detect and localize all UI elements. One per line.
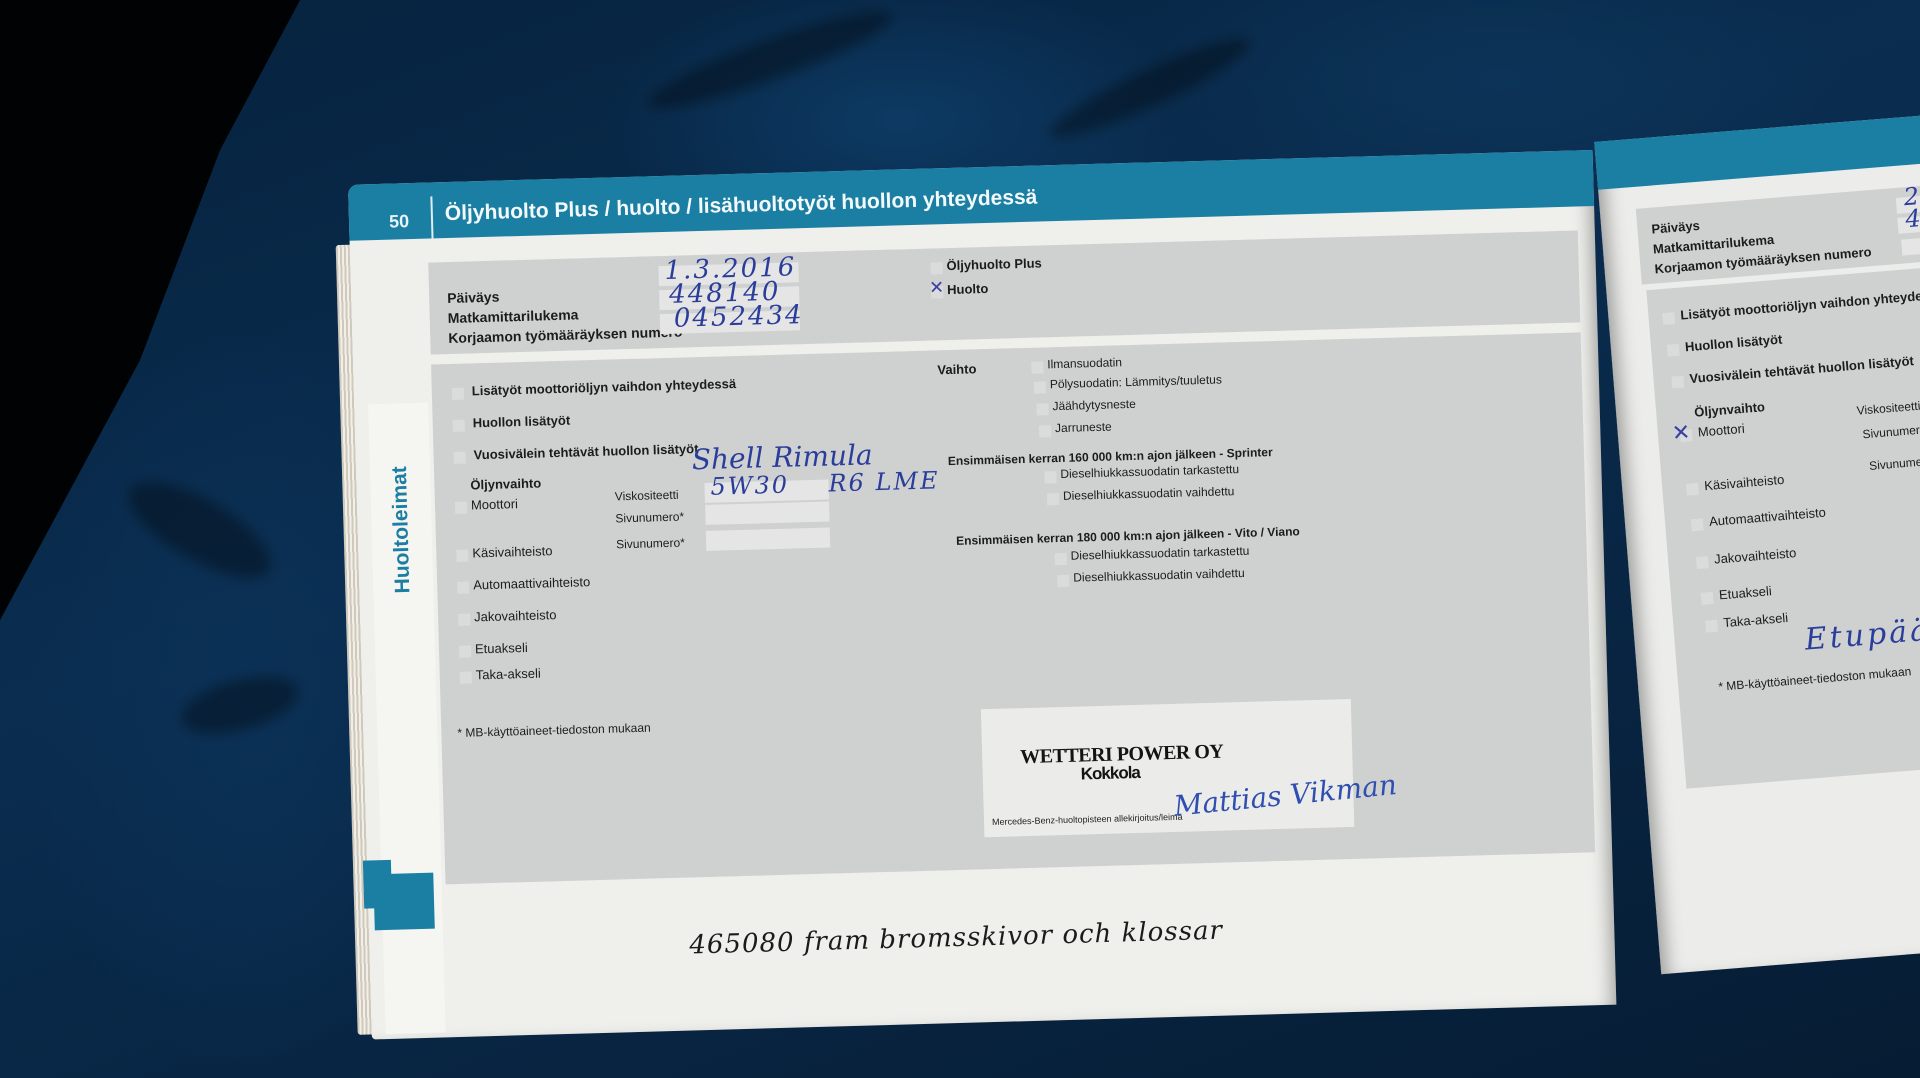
page-number-label: Sivunumero* — [1862, 422, 1920, 441]
checkbox-kasivaihteisto[interactable] — [456, 550, 468, 562]
oil-item-kasivaihteisto: Käsivaihteisto — [1704, 472, 1785, 493]
checkbox-extra-work-annual[interactable] — [1671, 376, 1684, 389]
viscosity-label: Viskositeetti — [1856, 399, 1920, 418]
oil-item-etuakseli: Etuakseli — [475, 640, 528, 656]
right-page: Päiväys Matkamittarilukema Korjaamon työ… — [1594, 110, 1920, 974]
checkbox-etuakseli[interactable] — [459, 646, 471, 658]
service-items-panel: Lisätyöt moottoriöljyn vaihdon yhteydess… — [1646, 260, 1920, 789]
odometer-value: 481 — [1904, 201, 1920, 233]
extra-work-service-label: Huollon lisätyöt — [472, 413, 570, 431]
checkbox-polysuodatin[interactable] — [1034, 381, 1046, 393]
checkbox-etuakseli[interactable] — [1701, 592, 1714, 605]
header-fields-panel: Päiväys Matkamittarilukema Korjaamon työ… — [428, 230, 1580, 354]
oil-item-automaattivaihteisto: Automaattivaihteisto — [1708, 505, 1826, 529]
stamp-caption: Mercedes-Benz-huoltopisteen allekirjoitu… — [992, 812, 1183, 827]
work-order-label: Korjaamon työmääräyksen numero — [448, 323, 683, 346]
service-items-panel: Lisätyöt moottoriöljyn vaihdon yhteydess… — [431, 332, 1595, 884]
tab-marker — [373, 873, 435, 931]
sprinter-dpf-checked: Dieselhiukkassuodatin tarkastettu — [1060, 462, 1239, 481]
checkbox-vito-dpf-checked[interactable] — [1055, 553, 1067, 565]
oil-item-taka-akseli: Taka-akseli — [476, 666, 541, 683]
checkbox-extra-work-annual[interactable] — [453, 452, 465, 464]
extra-work-annual-label: Vuosivälein tehtävät huollon lisätyöt — [473, 441, 698, 462]
stamp-box: WETTERI POWER OY Kokkola Mercedes-Benz-h… — [981, 699, 1354, 837]
oil-item-jakovaihteisto: Jakovaihteisto — [474, 607, 557, 624]
checkbox-kasivaihteisto[interactable] — [1686, 483, 1699, 496]
checkbox-extra-work-oil[interactable] — [1662, 312, 1675, 325]
oil-item-taka-akseli: Taka-akseli — [1723, 610, 1789, 630]
replacement-ilmansuodatin: Ilmansuodatin — [1047, 355, 1122, 371]
checkbox-vito-dpf-replaced[interactable] — [1057, 575, 1069, 587]
vito-dpf-checked: Dieselhiukkassuodatin tarkastettu — [1070, 544, 1249, 563]
viscosity-note: R6 LME — [828, 466, 940, 497]
signature: Mattias Vikman — [1172, 768, 1398, 823]
replacement-heading: Vaihto — [937, 361, 976, 377]
checkbox-taka-akseli[interactable] — [1705, 620, 1718, 633]
extra-work-service-label: Huollon lisätyöt — [1684, 332, 1782, 355]
oil-item-jakovaihteisto: Jakovaihteisto — [1714, 545, 1797, 567]
checkbox-automaattivaihteisto[interactable] — [1691, 518, 1704, 531]
page-number: 50 — [389, 211, 410, 233]
bottom-handwritten-note: 465080 fram bromsskivor och klossar — [689, 916, 1223, 961]
replacement-polysuodatin: Pölysuodatin: Lämmitys/tuuletus — [1050, 372, 1222, 391]
extra-work-oil-label: Lisätyöt moottoriöljyn vaihdon yhteydess… — [1680, 286, 1920, 322]
oil-change-heading: Öljynvaihto — [470, 476, 541, 493]
page-number-field-2[interactable] — [706, 527, 831, 550]
vito-dpf-replaced: Dieselhiukkassuodatin vaihdettu — [1073, 566, 1245, 585]
footnote: * MB-käyttöaineet-tiedoston mukaan — [1718, 664, 1912, 693]
replacement-jarruneste: Jarruneste — [1055, 420, 1112, 436]
page-number-field[interactable] — [705, 501, 830, 524]
checkbox-oljyhuolto-plus[interactable] — [930, 262, 942, 274]
checkbox-extra-work-service[interactable] — [1667, 344, 1680, 357]
oil-item-etuakseli: Etuakseli — [1718, 583, 1772, 602]
service-type-oljyhuolto-plus: Öljyhuolto Plus — [946, 255, 1042, 273]
oil-item-automaattivaihteisto: Automaattivaihteisto — [473, 574, 590, 592]
oil-change-heading: Öljynvaihto — [1694, 399, 1766, 420]
replacement-jaahdytysneste: Jäähdytysneste — [1052, 397, 1136, 413]
service-booklet: 50 Öljyhuolto Plus / huolto / lisähuolto… — [340, 140, 1920, 1044]
extra-work-annual-label: Vuosivälein tehtävät huollon lisätyöt — [1689, 353, 1914, 386]
footnote: * MB-käyttöaineet-tiedoston mukaan — [457, 721, 651, 740]
side-tab-label: Huoltoleimat — [388, 466, 416, 594]
date-label: Päiväys — [447, 289, 500, 306]
oil-item-kasivaihteisto: Käsivaihteisto — [472, 543, 553, 560]
checkbox-extra-work-oil[interactable] — [452, 388, 464, 400]
header-fields-panel: Päiväys Matkamittarilukema Korjaamon työ… — [1636, 178, 1920, 284]
page-number-label-2: Sivunumero* — [616, 536, 685, 552]
checkbox-jakovaihteisto[interactable] — [458, 614, 470, 626]
stamp-city: Kokkola — [1080, 763, 1140, 785]
odometer-label: Matkamittarilukema — [448, 306, 579, 326]
checkbox-taka-akseli[interactable] — [460, 672, 472, 684]
checkbox-sprinter-dpf-checked[interactable] — [1044, 471, 1056, 483]
left-page: 50 Öljyhuolto Plus / huolto / lisähuolto… — [348, 150, 1616, 1039]
oil-item-moottori: Moottori — [1697, 421, 1745, 440]
viscosity-label: Viskositeetti — [615, 488, 679, 504]
checkbox-automaattivaihteisto[interactable] — [457, 582, 469, 594]
checkbox-extra-work-service[interactable] — [453, 420, 465, 432]
page-number-label-2: Sivunumero* — [1869, 453, 1920, 472]
checkbox-ilmansuodatin[interactable] — [1031, 361, 1043, 373]
checkbox-jakovaihteisto[interactable] — [1696, 556, 1709, 569]
check-mark-icon: ✕ — [929, 278, 945, 296]
checkbox-jarruneste[interactable] — [1039, 425, 1051, 437]
handwritten-note: Etupään. a — [1804, 607, 1920, 657]
extra-work-oil-label: Lisätyöt moottoriöljyn vaihdon yhteydess… — [472, 376, 737, 398]
oil-item-moottori: Moottori — [471, 496, 518, 512]
work-order-value: 0452434 — [673, 300, 804, 334]
checkbox-jaahdytysneste[interactable] — [1036, 403, 1048, 415]
service-type-huolto: Huolto — [947, 281, 989, 297]
work-order-field[interactable] — [1901, 230, 1920, 256]
sprinter-dpf-replaced: Dieselhiukkassuodatin vaihdettu — [1063, 484, 1235, 503]
date-label: Päiväys — [1651, 218, 1700, 237]
viscosity-value: 5W30 — [710, 471, 789, 501]
checkbox-moottori[interactable] — [455, 502, 467, 514]
page-number-label: Sivunumero* — [615, 510, 684, 526]
check-mark-icon: ✕ — [1671, 421, 1691, 444]
checkbox-sprinter-dpf-replaced[interactable] — [1047, 493, 1059, 505]
